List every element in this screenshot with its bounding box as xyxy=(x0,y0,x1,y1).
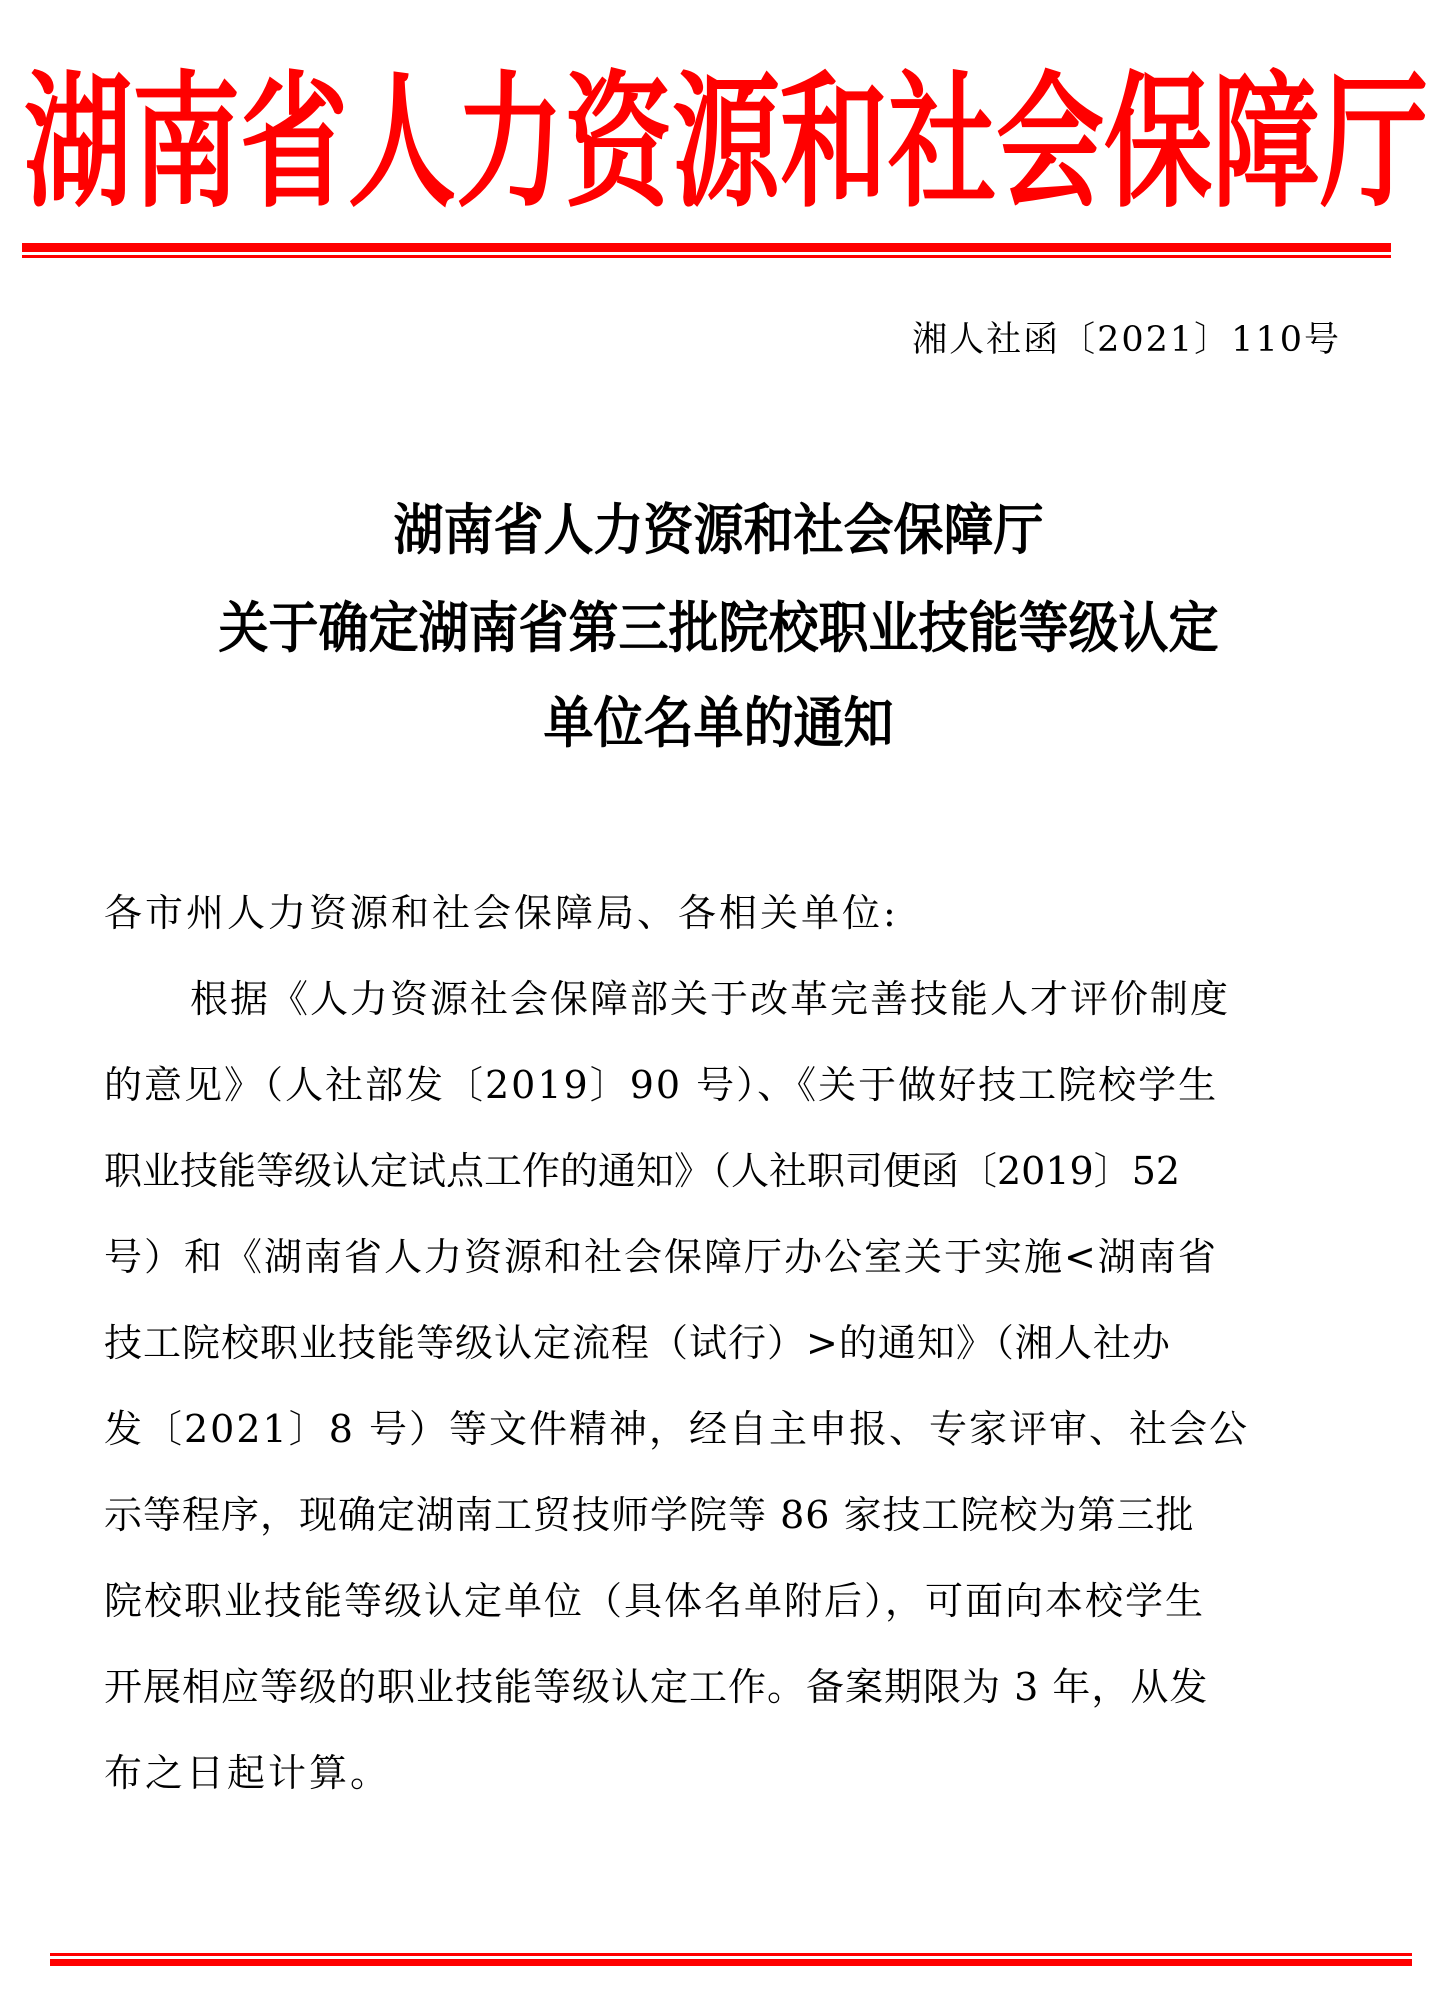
body-line: 开展相应等级的职业技能等级认定工作。备案期限为 3 年，从发 xyxy=(104,1656,1208,1711)
title-line-3: 单位名单的通知 xyxy=(0,683,1437,755)
body-line: 院校职业技能等级认定单位（具体名单附后），可面向本校学生 xyxy=(104,1570,1205,1625)
header-rule-thin xyxy=(22,255,1391,258)
masthead-char: 湖 xyxy=(24,70,132,216)
body-line: 示等程序，现确定湖南工贸技师学院等 86 家技工院校为第三批 xyxy=(104,1484,1195,1539)
masthead-char: 力 xyxy=(456,70,564,216)
masthead-char: 省 xyxy=(240,70,348,216)
footer-rule-thin xyxy=(50,1953,1412,1956)
body-line: 发〔2021〕8 号）等文件精神，经自主申报、专家评审、社会公 xyxy=(104,1398,1249,1453)
masthead-char: 保 xyxy=(1104,70,1212,216)
masthead-char: 南 xyxy=(132,70,240,216)
body-line: 技工院校职业技能等级认定流程（试行）>的通知》（湘人社办 xyxy=(104,1312,1171,1367)
masthead-char: 障 xyxy=(1212,70,1320,216)
masthead-char: 社 xyxy=(888,70,996,216)
masthead-char: 会 xyxy=(996,70,1104,216)
masthead-char: 和 xyxy=(780,70,888,216)
footer-rule-thick xyxy=(50,1959,1412,1966)
body-line: 布之日起计算。 xyxy=(104,1742,391,1797)
body-line: 根据《人力资源社会保障部关于改革完善技能人才评价制度 xyxy=(190,968,1230,1023)
masthead-char: 人 xyxy=(348,70,456,216)
title-line-2: 关于确定湖南省第三批院校职业技能等级认定 xyxy=(0,588,1437,660)
salutation: 各市州人力资源和社会保障局、各相关单位: xyxy=(104,882,899,937)
body-line: 职业技能等级认定试点工作的通知》（人社职司便函〔2019〕52 xyxy=(104,1140,1180,1195)
masthead-char: 厅 xyxy=(1320,70,1428,216)
masthead-char: 资 xyxy=(564,70,672,216)
title-line-1: 湖南省人力资源和社会保障厅 xyxy=(0,490,1437,562)
document-number: 湘人社函〔2021〕110号 xyxy=(912,312,1341,362)
masthead-char: 源 xyxy=(672,70,780,216)
body-line: 的意见》（人社部发〔2019〕90 号）、《关于做好技工院校学生 xyxy=(104,1054,1218,1109)
body-line: 号）和《湖南省人力资源和社会保障厅办公室关于实施<湖南省 xyxy=(104,1226,1218,1281)
issuer-masthead: 湖 南 省 人 力 资 源 和 社 会 保 障 厅 xyxy=(24,68,1414,218)
header-rule-thick xyxy=(22,243,1391,252)
